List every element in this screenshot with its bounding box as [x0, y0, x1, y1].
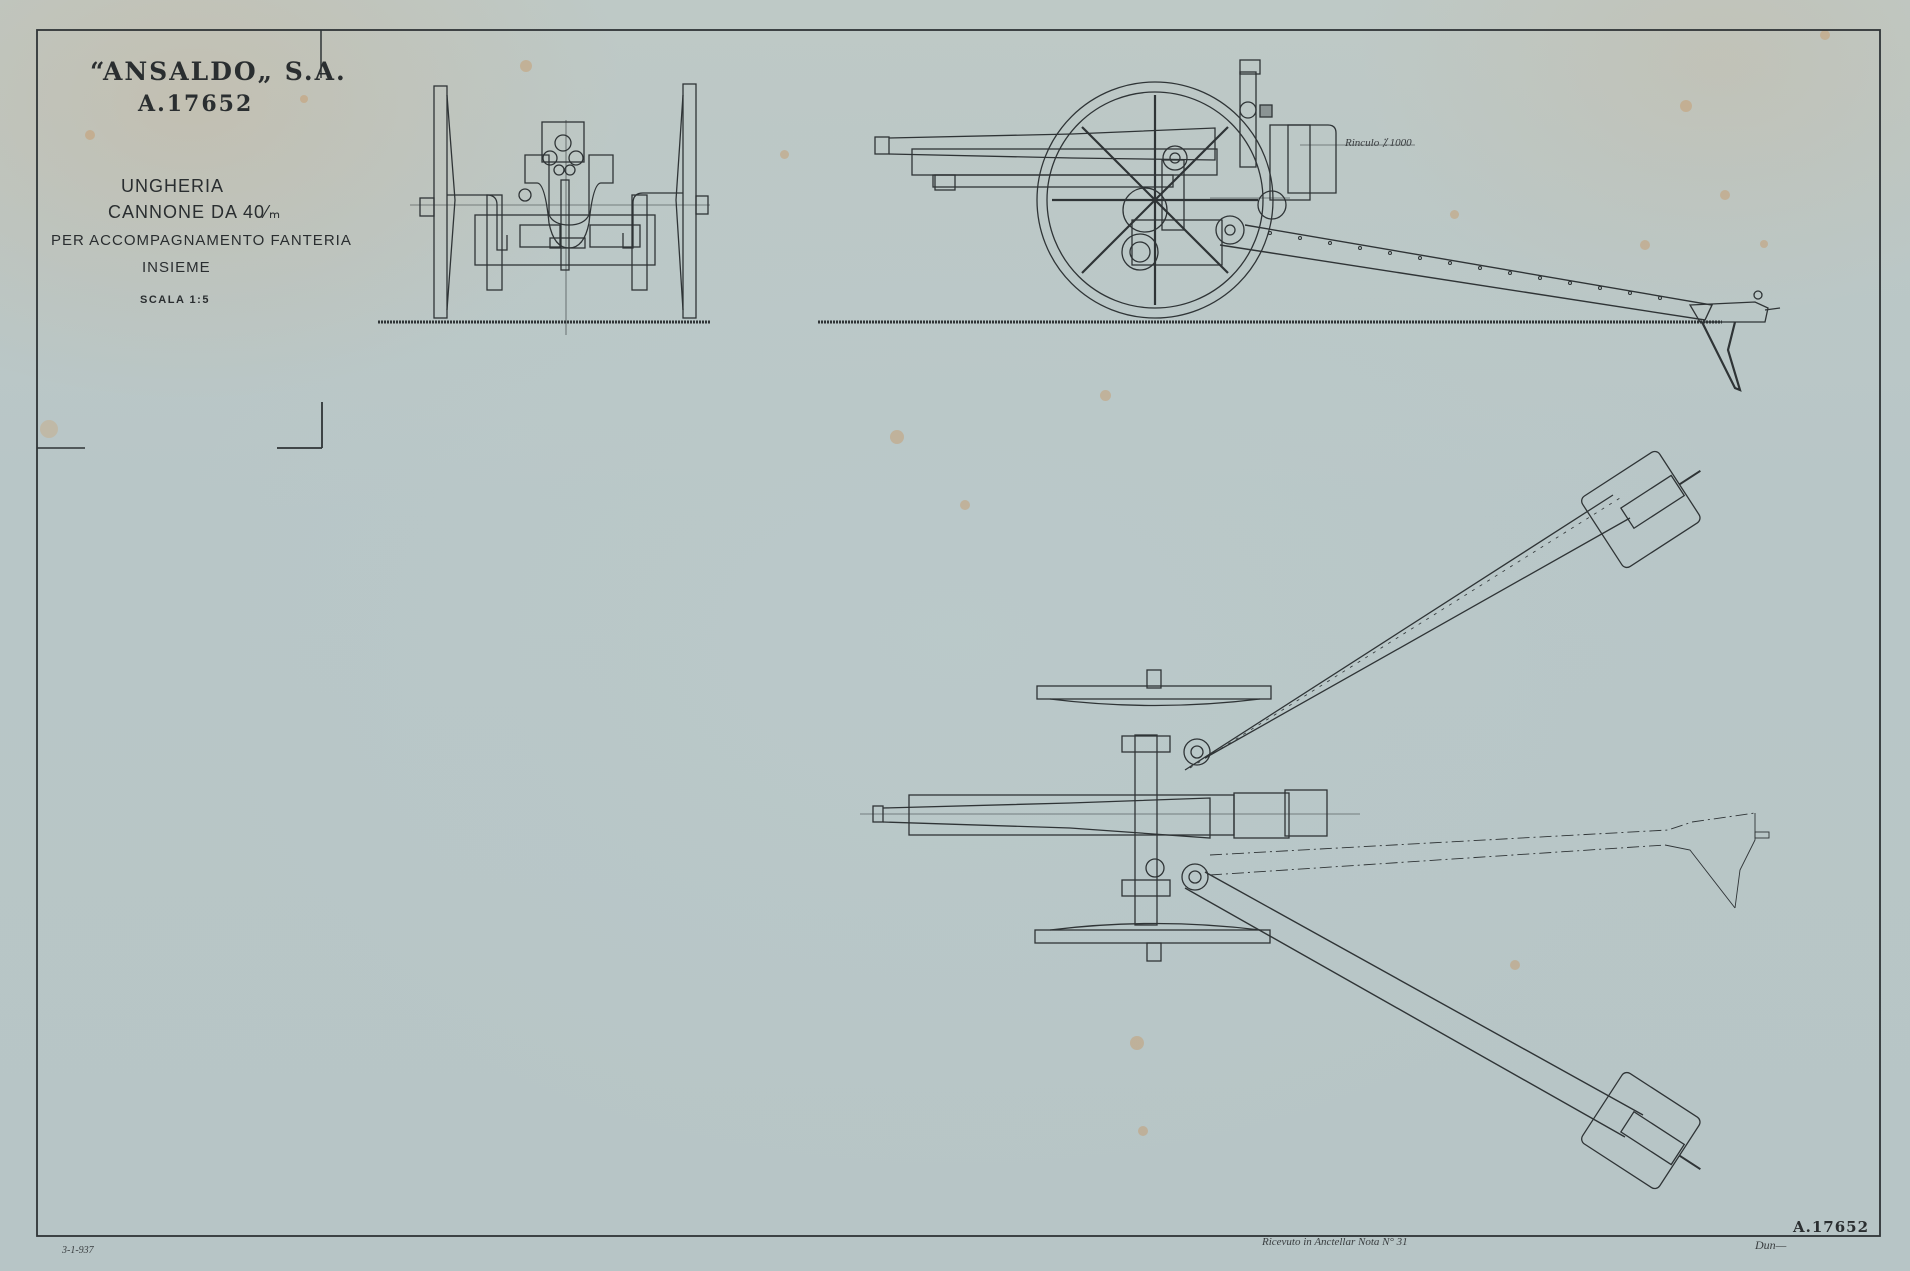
date-note: 3-1-937 — [62, 1245, 94, 1256]
plan-view — [860, 436, 1769, 1205]
gun-title: CANNONE DA 40⁄ₘ — [108, 202, 281, 223]
recoil-annotation: Rinculo ⁒ 1000 — [1345, 136, 1412, 149]
scale-label: SCALA 1:5 — [140, 294, 210, 306]
sheet-border — [37, 30, 1880, 1236]
company-name: “ANSALDO„ S.A. — [90, 57, 347, 86]
country-label: UNGHERIA — [121, 176, 224, 197]
technical-drawing — [0, 0, 1910, 1271]
drawing-number-footer: A.17652 — [1793, 1218, 1869, 1236]
rivet-row — [1269, 232, 1662, 300]
drawing-number: A.17652 — [138, 91, 253, 117]
footer-note: Ricevuto in Anctellar Nota N° 31 — [1262, 1236, 1408, 1248]
signature: Dun— — [1755, 1238, 1786, 1253]
side-view — [818, 60, 1780, 390]
front-view — [378, 84, 710, 335]
purpose-label: PER ACCOMPAGNAMENTO FANTERIA — [51, 232, 352, 249]
view-type-label: INSIEME — [142, 259, 211, 276]
blueprint-sheet: “ANSALDO„ S.A. A.17652 UNGHERIA CANNONE … — [0, 0, 1910, 1271]
